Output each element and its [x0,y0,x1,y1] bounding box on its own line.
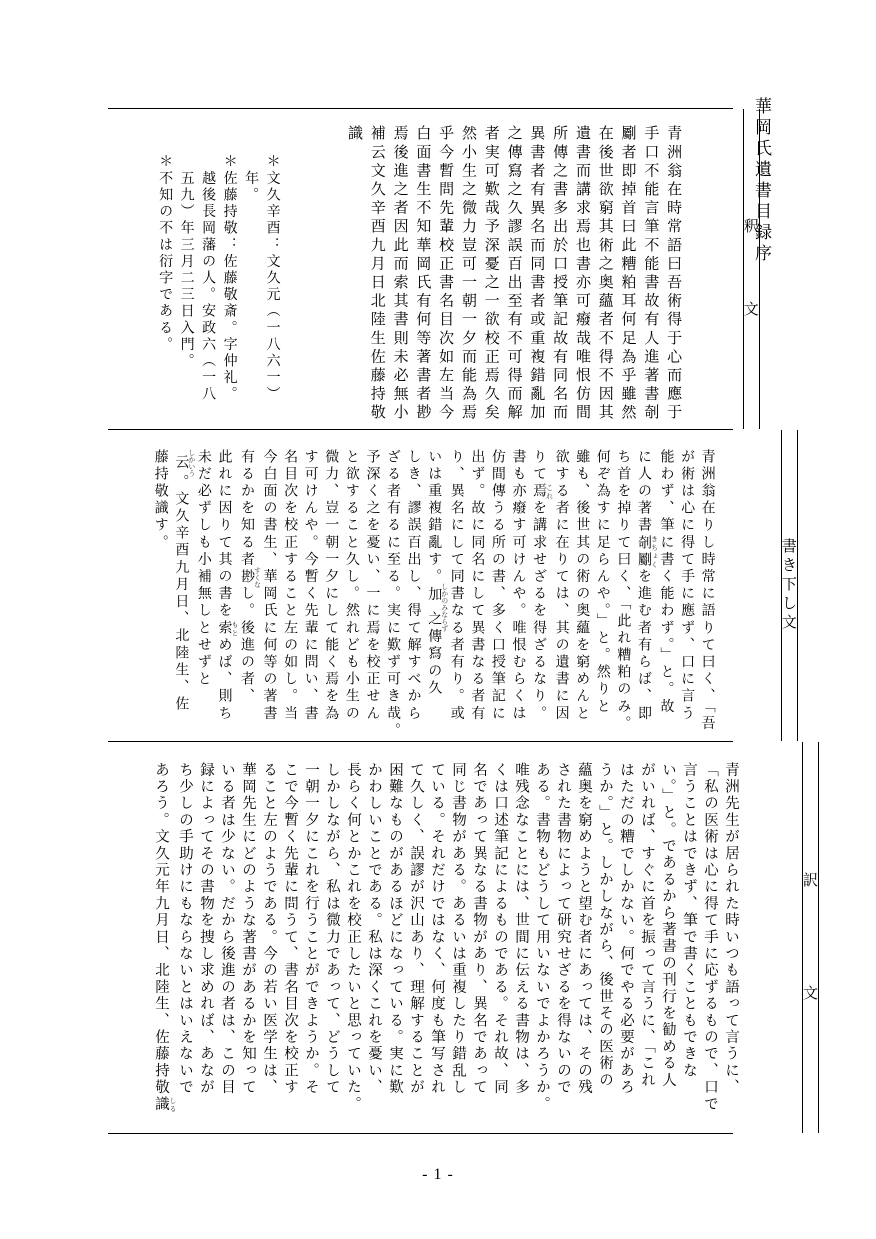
kakikudashibun-content-cell: 青洲翁在りし時常に語りて曰く、「吾 が術は心に得て手に應ず、口に言う 能わず、筆… [108,430,781,741]
section-label-yakubun: 訳 文 [802,742,819,1133]
yakubun-content-cell: 青洲先生が居られた時いつも語って言うに、 「私の医術は心に得て手に応ずるもので、… [108,742,802,1133]
section-yakubun: 青洲先生が居られた時いつも語って言うに、 「私の医術は心に得て手に応ずるもので、… [108,742,733,1134]
label-char: 書 [782,540,797,555]
section-shakubun: 青洲翁在時常語曰吾術得于心而應于 手口不能言筆不能書故有人進著書剞 劚者即掉首曰… [108,109,733,430]
label-char: 文 [744,303,759,318]
shakubun-vertical-text: 青洲翁在時常語曰吾術得于心而應于 手口不能言筆不能書故有人進著書剞 劚者即掉首曰… [108,109,743,429]
shakubun-notes: ＊文久辛酉：文久元（一八六一） 年。 ＊佐藤持敬：佐藤敬斎。字仲礼。 越後長岡藩… [154,154,283,429]
label-char: き [782,559,797,574]
kakikudashibun-vertical-text: 青洲翁在りし時常に語りて曰く、「吾 が術は心に得て手に應ず、口に言う 能わず、筆… [108,430,781,741]
section-kakikudashibun: 青洲翁在りし時常に語りて曰く、「吾 が術は心に得て手に應ず、口に言う 能わず、筆… [108,430,733,742]
yakubun-vertical-text: 青洲先生が居られた時いつも語って言うに、 「私の医術は心に得て手に応ずるもので、… [108,742,802,1133]
document-page: 華岡氏遺書目録序 青洲翁在時常語曰吾術得于心而應于 手口不能言筆不能書故有人進著… [0,0,876,1239]
shakubun-body-text: 青洲翁在時常語曰吾術得于心而應于 手口不能言筆不能書故有人進著書剞 劚者即掉首曰… [342,125,684,429]
section-label-kakikudashibun: 書 き 下 し 文 [781,430,798,741]
page-number: - 1 - [0,1166,876,1184]
kakikudashibun-body-text: 青洲翁在りし時常に語りて曰く、「吾 が術は心に得て手に應ず、口に言う 能わず、筆… [149,449,716,741]
shakubun-content-cell: 青洲翁在時常語曰吾術得于心而應于 手口不能言筆不能書故有人進著書剞 劚者即掉首曰… [108,109,743,429]
label-char: 釈 [744,220,759,235]
yakubun-body-text: 青洲先生が居られた時いつも語って言うに、 「私の医術は心に得て手に応ずるもので、… [150,762,741,1133]
label-char: 訳 [803,874,818,889]
label-char: 文 [803,987,818,1002]
label-char: 文 [782,616,797,631]
label-char: し [782,597,797,612]
label-char: 下 [782,578,797,593]
content-table: 青洲翁在時常語曰吾術得于心而應于 手口不能言筆不能書故有人進著書剞 劚者即掉首曰… [108,108,733,1134]
section-label-shakubun: 釈 文 [743,109,760,429]
